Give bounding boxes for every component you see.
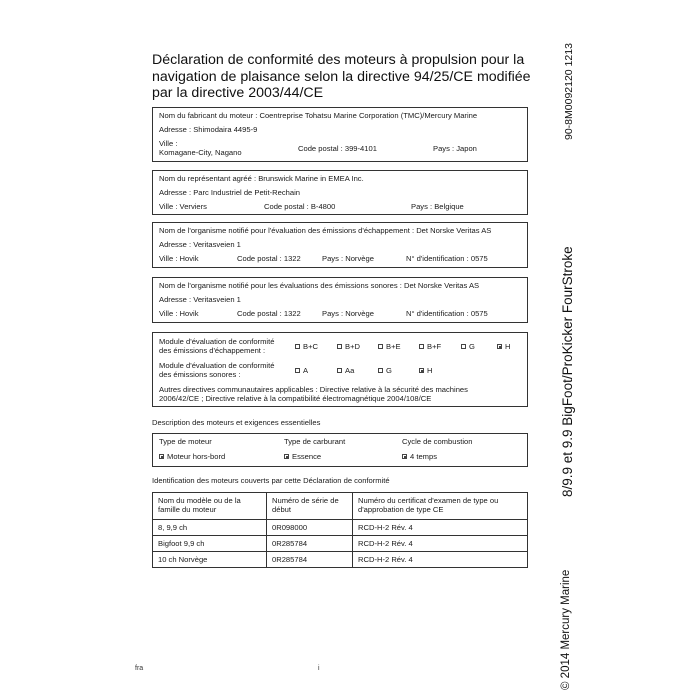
noise-body-country-label: Pays : — [322, 309, 345, 318]
manufacturer-name: Coentreprise Tohatsu Marine Corporation … — [259, 111, 477, 120]
representative-country-label: Pays : — [411, 202, 434, 211]
table-cell: 0R098000 — [267, 520, 353, 536]
representative-postal: Code postal : B-4800 — [264, 202, 335, 211]
noise-module-label: Module d'évaluation de conformité des ém… — [159, 361, 274, 379]
representative-city: Verviers — [180, 202, 207, 211]
exhaust-body-address: Veritasveien 1 — [193, 240, 241, 249]
noise-module-checkbox[interactable] — [337, 368, 342, 373]
copyright: © 2014 Mercury Marine — [560, 570, 572, 690]
table-header-row: Nom du modèle ou de la famille du moteur… — [153, 493, 528, 520]
noise-body-postal-label: Code postal : — [237, 309, 284, 318]
exhaust-body-id-value: 0575 — [471, 254, 488, 263]
exhaust-module-option-label: B+E — [386, 342, 401, 351]
table-header-cell: Numéro du certificat d'examen de type ou… — [353, 493, 528, 520]
exhaust-module-option-label: B+C — [303, 342, 318, 351]
representative-address-row: Adresse : Parc Industriel de Petit-Recha… — [159, 188, 521, 197]
exhaust-body-country-value: Norvège — [345, 254, 374, 263]
noise-module-option-label: G — [386, 366, 392, 375]
noise-module-checkbox[interactable] — [295, 368, 300, 373]
table-cell: 0R285784 — [267, 552, 353, 568]
noise-body-box: Nom de l'organisme notifié pour les éval… — [152, 277, 528, 323]
noise-body-country: Pays : Norvège — [322, 309, 374, 318]
manufacturer-address: Shimodaira 4495-9 — [193, 125, 257, 134]
exhaust-module-option-label: H — [505, 342, 510, 351]
exhaust-module-checkbox[interactable] — [419, 344, 424, 349]
footer-language: fra — [135, 665, 143, 672]
other-directives-line2: 2006/42/CE ; Directive relative à la com… — [159, 394, 468, 403]
identification-section-label: Identification des moteurs couverts par … — [152, 476, 390, 485]
noise-body-city-label: Ville : — [159, 309, 180, 318]
exhaust-module-label-line1: Module d'évaluation de conformité — [159, 337, 274, 346]
exhaust-body-country: Pays : Norvège — [322, 254, 374, 263]
exhaust-module-option: B+C — [295, 342, 318, 351]
representative-country: Pays : Belgique — [411, 202, 464, 211]
table-cell: 8, 9,9 ch — [153, 520, 267, 536]
combustion-checkbox[interactable] — [402, 454, 407, 459]
manufacturer-country-label: Pays : — [433, 144, 456, 153]
noise-body-postal: Code postal : 1322 — [237, 309, 301, 318]
exhaust-body-postal: Code postal : 1322 — [237, 254, 301, 263]
description-section-label: Description des moteurs et exigences ess… — [152, 418, 320, 427]
exhaust-body-address-label: Adresse : — [159, 240, 193, 249]
fuel-type-checkbox[interactable] — [284, 454, 289, 459]
noise-body-city: Hovik — [180, 309, 199, 318]
noise-body-country-value: Norvège — [345, 309, 374, 318]
other-directives: Autres directives communautaires applica… — [159, 385, 468, 403]
noise-body-name: Det Norske Veritas AS — [404, 281, 479, 290]
table-row: Bigfoot 9,9 ch0R285784RCD-H-2 Rév. 4 — [153, 536, 528, 552]
noise-module-option: G — [378, 366, 392, 375]
exhaust-module-checkbox[interactable] — [497, 344, 502, 349]
manufacturer-postal: Code postal : 399-4101 — [298, 144, 377, 153]
noise-module-checkbox[interactable] — [378, 368, 383, 373]
manufacturer-country-value: Japon — [456, 144, 477, 153]
product-name: 8/9.9 et 9.9 BigFoot/ProKicker FourStrok… — [560, 246, 575, 497]
doc-number: 90-8M0092120 1213 — [563, 43, 575, 140]
table-cell: RCD-H-2 Rév. 4 — [353, 520, 528, 536]
noise-module-label-line1: Module d'évaluation de conformité — [159, 361, 274, 370]
exhaust-body-box: Nom de l'organisme notifié pour l'évalua… — [152, 222, 528, 268]
combustion-option: 4 temps — [402, 452, 437, 461]
representative-address-label: Adresse : — [159, 188, 193, 197]
noise-body-address-label: Adresse : — [159, 295, 193, 304]
footer-page-number: i — [318, 665, 320, 672]
exhaust-module-checkbox[interactable] — [295, 344, 300, 349]
exhaust-body-city: Hovik — [180, 254, 199, 263]
engine-type-value: Moteur hors-bord — [167, 452, 225, 461]
exhaust-body-name-row: Nom de l'organisme notifié pour l'évalua… — [159, 226, 521, 235]
noise-module-option: A — [295, 366, 308, 375]
manufacturer-address-label: Adresse : — [159, 125, 193, 134]
representative-postal-value: B-4800 — [311, 202, 336, 211]
manufacturer-box: Nom du fabricant du moteur : Coentrepris… — [152, 107, 528, 162]
representative-city-row: Ville : Verviers — [159, 202, 521, 211]
table-header-cell: Nom du modèle ou de la famille du moteur — [153, 493, 267, 520]
modules-box: Module d'évaluation de conformité des ém… — [152, 332, 528, 407]
description-box: Type de moteur Type de carburant Cycle d… — [152, 433, 528, 467]
exhaust-module-option: G — [461, 342, 475, 351]
exhaust-module-option: H — [497, 342, 510, 351]
table-cell: 0R285784 — [267, 536, 353, 552]
manufacturer-name-label: Nom du fabricant du moteur : — [159, 111, 259, 120]
other-directives-line1: Autres directives communautaires applica… — [159, 385, 468, 394]
representative-address: Parc Industriel de Petit-Rechain — [193, 188, 300, 197]
engine-type-header: Type de moteur — [159, 437, 212, 446]
noise-module-option: Aa — [337, 366, 354, 375]
page-title: Déclaration de conformité des moteurs à … — [152, 52, 532, 102]
representative-name-row: Nom du représentant agréé : Brunswick Ma… — [159, 174, 521, 183]
exhaust-body-country-label: Pays : — [322, 254, 345, 263]
noise-module-checkbox[interactable] — [419, 368, 424, 373]
engine-type-checkbox[interactable] — [159, 454, 164, 459]
representative-country-value: Belgique — [434, 202, 464, 211]
exhaust-body-id-label: N° d'identification : — [406, 254, 471, 263]
representative-name: Brunswick Marine in EMEA Inc. — [258, 174, 364, 183]
representative-box: Nom du représentant agréé : Brunswick Ma… — [152, 170, 528, 215]
combustion-header: Cycle de combustion — [402, 437, 473, 446]
noise-module-label-line2: des émissions sonores : — [159, 370, 274, 379]
exhaust-body-name-label: Nom de l'organisme notifié pour l'évalua… — [159, 226, 416, 235]
manufacturer-postal-value: 399-4101 — [345, 144, 377, 153]
exhaust-body-id: N° d'identification : 0575 — [406, 254, 488, 263]
table-cell: 10 ch Norvège — [153, 552, 267, 568]
table-row: 10 ch Norvège0R285784RCD-H-2 Rév. 4 — [153, 552, 528, 568]
exhaust-module-option-label: G — [469, 342, 475, 351]
table-row: 8, 9,9 ch0R098000RCD-H-2 Rév. 4 — [153, 520, 528, 536]
exhaust-module-option-label: B+F — [427, 342, 441, 351]
noise-module-option-label: A — [303, 366, 308, 375]
manufacturer-name-row: Nom du fabricant du moteur : Coentrepris… — [159, 111, 521, 120]
table-cell: RCD-H-2 Rév. 4 — [353, 552, 528, 568]
exhaust-body-postal-value: 1322 — [284, 254, 301, 263]
noise-body-address: Veritasveien 1 — [193, 295, 241, 304]
exhaust-body-postal-label: Code postal : — [237, 254, 284, 263]
table-cell: Bigfoot 9,9 ch — [153, 536, 267, 552]
combustion-value: 4 temps — [410, 452, 437, 461]
noise-module-option-label: Aa — [345, 366, 354, 375]
noise-module-option: H — [419, 366, 432, 375]
exhaust-body-address-row: Adresse : Veritasveien 1 — [159, 240, 521, 249]
fuel-type-header: Type de carburant — [284, 437, 345, 446]
exhaust-module-checkbox[interactable] — [337, 344, 342, 349]
exhaust-module-option: B+D — [337, 342, 360, 351]
exhaust-body-name: Det Norske Veritas AS — [416, 226, 491, 235]
exhaust-body-city-label: Ville : — [159, 254, 180, 263]
representative-postal-label: Code postal : — [264, 202, 311, 211]
noise-body-postal-value: 1322 — [284, 309, 301, 318]
noise-body-id-label: N° d'identification : — [406, 309, 471, 318]
representative-name-label: Nom du représentant agréé : — [159, 174, 258, 183]
manufacturer-address-row: Adresse : Shimodaira 4495-9 — [159, 125, 521, 134]
noise-body-name-label: Nom de l'organisme notifié pour les éval… — [159, 281, 404, 290]
engine-type-option: Moteur hors-bord — [159, 452, 225, 461]
manufacturer-postal-label: Code postal : — [298, 144, 345, 153]
engines-table: Nom du modèle ou de la famille du moteur… — [152, 492, 528, 568]
representative-city-label: Ville : — [159, 202, 180, 211]
fuel-type-option: Essence — [284, 452, 321, 461]
exhaust-module-label-line2: des émissions d'échappement : — [159, 346, 274, 355]
noise-body-name-row: Nom de l'organisme notifié pour les éval… — [159, 281, 521, 290]
table-cell: RCD-H-2 Rév. 4 — [353, 536, 528, 552]
exhaust-module-option: B+F — [419, 342, 441, 351]
noise-body-id-value: 0575 — [471, 309, 488, 318]
noise-body-id: N° d'identification : 0575 — [406, 309, 488, 318]
manufacturer-country: Pays : Japon — [433, 144, 477, 153]
exhaust-module-checkbox[interactable] — [378, 344, 383, 349]
exhaust-module-label: Module d'évaluation de conformité des ém… — [159, 337, 274, 355]
table-header-cell: Numéro de série de début — [267, 493, 353, 520]
exhaust-module-option-label: B+D — [345, 342, 360, 351]
noise-body-address-row: Adresse : Veritasveien 1 — [159, 295, 521, 304]
fuel-type-value: Essence — [292, 452, 321, 461]
exhaust-module-checkbox[interactable] — [461, 344, 466, 349]
noise-module-option-label: H — [427, 366, 432, 375]
exhaust-module-option: B+E — [378, 342, 401, 351]
